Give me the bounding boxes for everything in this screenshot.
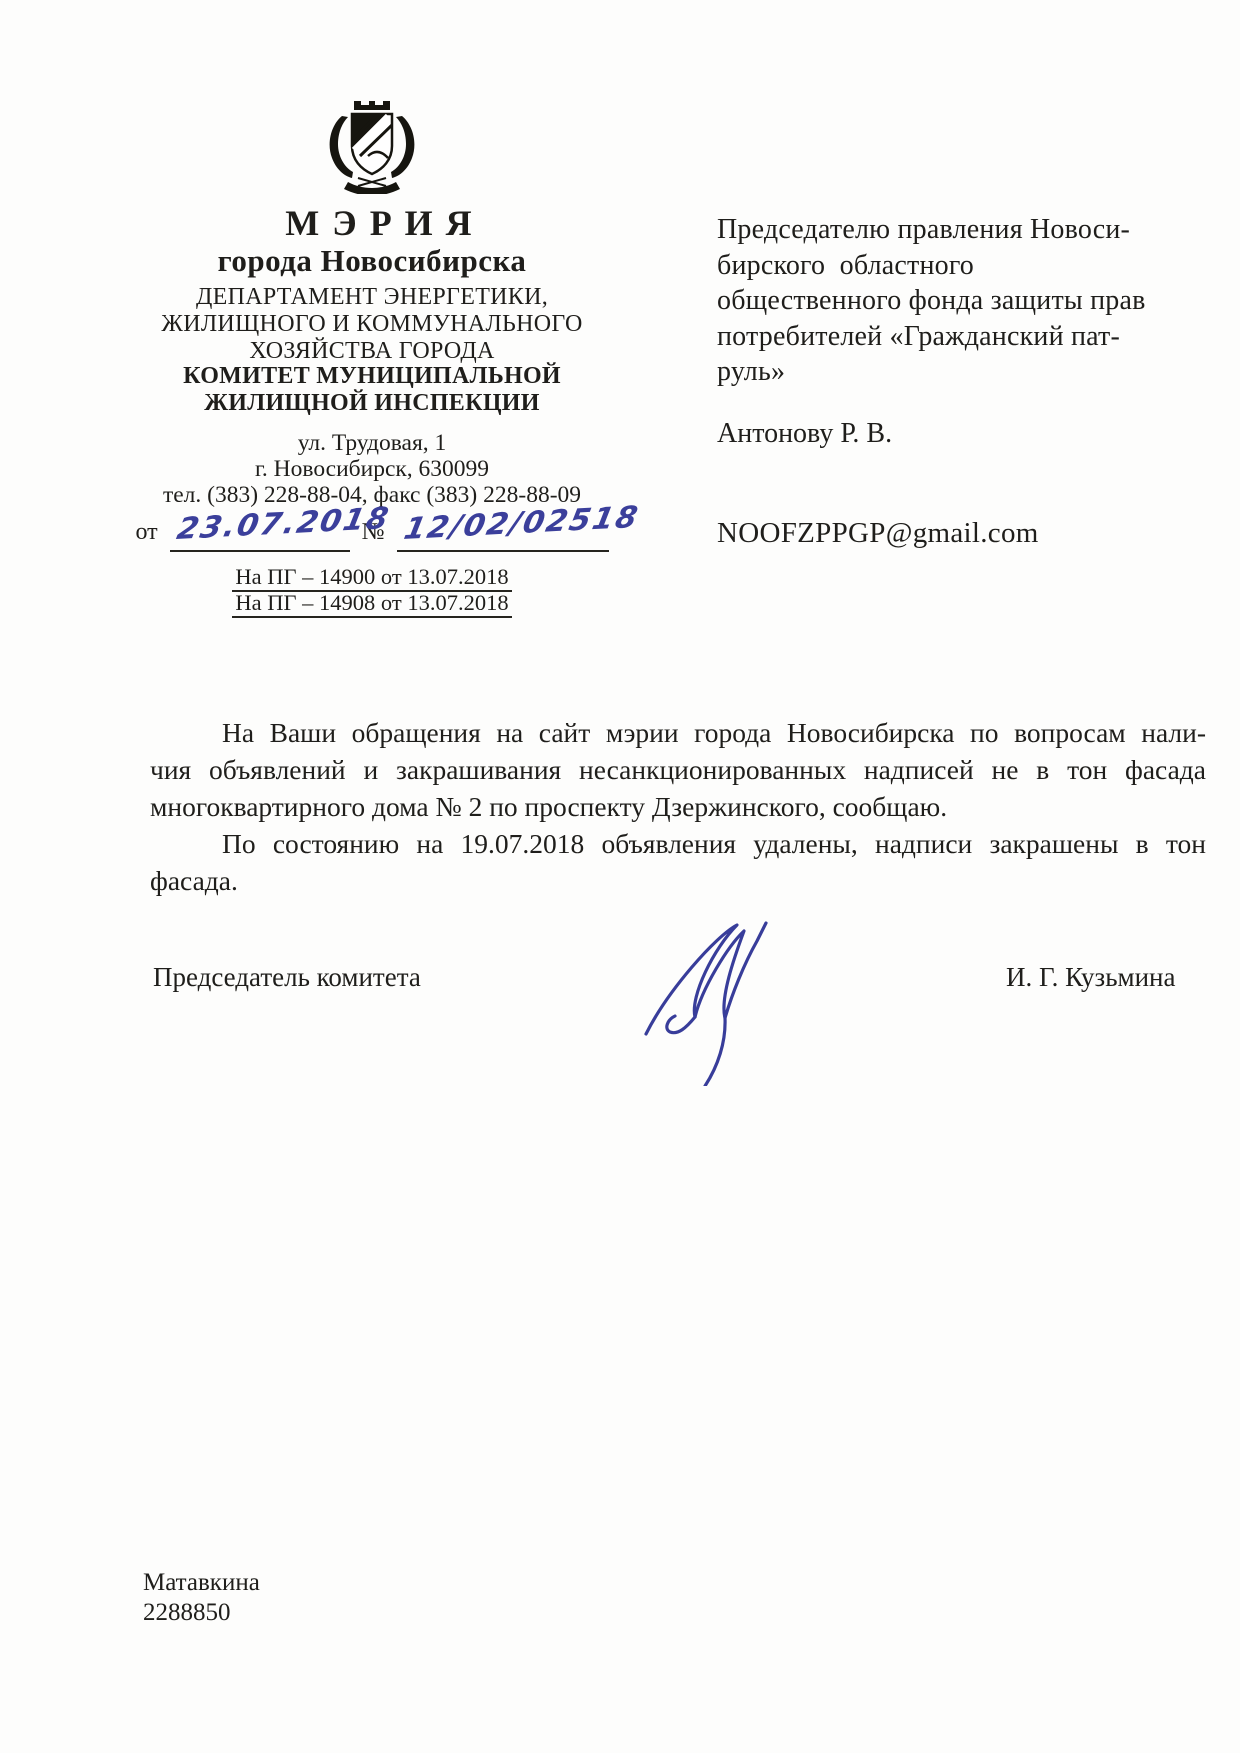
signature-icon <box>640 916 795 1086</box>
committee-line: КОМИТЕТ МУНИЦИПАЛЬНОЙ <box>72 363 672 390</box>
address-city: г. Новосибирск, 630099 <box>72 456 672 483</box>
department-line: ХОЗЯЙСТВА ГОРОДА <box>72 338 672 365</box>
date-underline: 23.07.2018 <box>170 506 350 552</box>
addressee-org-line: потребителей «Гражданский пат- <box>717 319 1207 355</box>
body-line: фасада. <box>150 862 1206 899</box>
org-name-main: МЭРИЯ <box>72 202 685 244</box>
incoming-ref-line: На ПГ – 14908 от 13.07.2018 <box>72 590 672 616</box>
addressee-block: Председателю правления Новоси- бирского … <box>717 212 1207 550</box>
signer-position: Председатель комитета <box>153 962 421 993</box>
executor-name: Матавкина <box>143 1568 260 1598</box>
letter-body: На Ваши обращения на сайт мэрии города Н… <box>150 714 1206 899</box>
body-line: На Ваши обращения на сайт мэрии города Н… <box>150 714 1206 751</box>
committee-line: ЖИЛИЩНОЙ ИНСПЕКЦИИ <box>72 390 672 417</box>
department-line: ЖИЛИЩНОГО И КОММУНАЛЬНОГО <box>72 311 672 338</box>
body-line: многоквартирного дома № 2 по проспекту Д… <box>150 788 1206 825</box>
letterhead: МЭРИЯ города Новосибирска ДЕПАРТАМЕНТ ЭН… <box>72 0 672 640</box>
outgoing-ref-row: от 23.07.2018 № 12/02/02518 <box>72 506 672 552</box>
addressee-person-name: Антонову Р. В. <box>717 418 1207 450</box>
executor-phone: 2288850 <box>143 1598 260 1628</box>
addressee-org-line: Председателю правления Новоси- <box>717 212 1207 248</box>
handwritten-number: 12/02/02518 <box>401 500 642 547</box>
signer-name: И. Г. Кузьмина <box>1006 962 1176 993</box>
addressee-org-line: бирского областного <box>717 248 1207 284</box>
department-line: ДЕПАРТАМЕНТ ЭНЕРГЕТИКИ, <box>72 284 672 311</box>
addressee-org-line: руль» <box>717 354 1207 390</box>
novosibirsk-coat-of-arms-icon <box>72 94 672 194</box>
body-line: По состоянию на 19.07.2018 объявления уд… <box>150 825 1206 862</box>
number-underline: 12/02/02518 <box>397 506 609 552</box>
addressee-email: NOOFZPPGP@gmail.com <box>717 517 1207 550</box>
date-label: от <box>135 519 157 552</box>
incoming-ref-line: На ПГ – 14900 от 13.07.2018 <box>72 564 672 590</box>
handwritten-date: 23.07.2018 <box>174 501 393 547</box>
executor-block: Матавкина 2288850 <box>143 1568 260 1628</box>
body-line: чия объявлений и закрашивания несанкцион… <box>150 751 1206 788</box>
addressee-org-line: общественного фонда защиты прав <box>717 283 1207 319</box>
address-street: ул. Трудовая, 1 <box>72 430 672 457</box>
org-name-city: города Новосибирска <box>72 243 672 279</box>
